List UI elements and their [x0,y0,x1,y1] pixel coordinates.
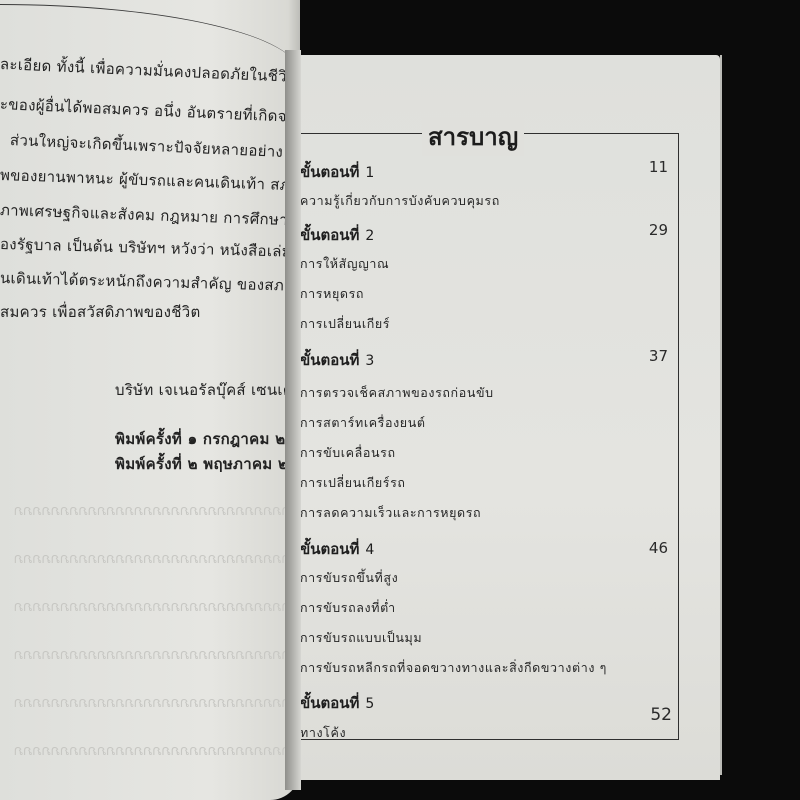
toc-title: สารบาญ [422,117,524,156]
step-number: 3 [365,353,374,369]
toc-page-number: 11 [649,158,668,176]
toc-item[interactable]: ความรู้เกี่ยวกับการบังคับควบคุมรถ [300,191,500,211]
step-number: 2 [365,228,374,244]
toc-item[interactable]: การขับรถลงที่ต่ำ [300,598,396,618]
toc-page-number: 52 [650,705,672,725]
toc-item[interactable]: การขับรถหลีกรถที่จอดขวางทางและสิ่งกีดขวา… [300,658,607,678]
step-label: ขั้นตอนที่ [300,226,359,244]
left-page: ละเอียด ทั้งนี้ เพื่อความมั่นคงปลอดภัยใน… [0,0,300,800]
paragraph-line: สมควร เพื่อสวัสดิภาพของชีวิต [0,300,201,324]
toc-item[interactable]: การลดความเร็วและการหยุดรถ [300,503,481,523]
toc-item[interactable]: การหยุดรถ [300,284,364,304]
publisher-name: บริษัท เจเนอรัลบุ๊คส์ เซนเตอร์ [115,378,311,402]
bleed-through-text: ภภภภภภภภภภภภภภภภภภภภภภภภภภภภภภภ [0,740,300,762]
toc-page-number: 37 [649,347,668,365]
toc-step-5[interactable]: ขั้นตอนที่5 [300,691,374,715]
bleed-through-text: ภภภภภภภภภภภภภภภภภภภภภภภภภภภภภภภ [0,692,300,714]
book-gutter [285,50,301,790]
paragraph-line: ภาพเศรษฐกิจและสังคม กฎหมาย การศึกษา การ [0,198,320,233]
step-number: 1 [365,165,374,181]
toc-step-2[interactable]: ขั้นตอนที่2 [300,223,374,247]
toc-item[interactable]: การขับเคลื่อนรถ [300,443,396,463]
bleed-through-text: ภภภภภภภภภภภภภภภภภภภภภภภภภภภภภภภ [0,596,300,618]
toc-item[interactable]: ทางโค้ง [300,723,346,743]
step-number: 5 [365,696,374,712]
toc-step-1[interactable]: ขั้นตอนที่1 [300,160,374,184]
toc-item[interactable]: การตรวจเช็คสภาพของรถก่อนขับ [300,383,494,403]
step-label: ขั้นตอนที่ [300,540,359,558]
toc-item[interactable]: การขับรถแบบเป็นมุม [300,628,422,648]
paragraph-line: ส่วนใหญ่จะเกิดขึ้นเพราะปัจจัยหลายอย่าง เ… [9,128,315,165]
toc-step-4[interactable]: ขั้นตอนที่4 [300,537,374,561]
step-label: ขั้นตอนที่ [300,694,359,712]
bleed-through-text: ภภภภภภภภภภภภภภภภภภภภภภภภภภภภภภภ [0,548,300,570]
right-page-toc: สารบาญ ขั้นตอนที่1 11 ความรู้เกี่ยวกับกา… [290,55,720,780]
step-number: 4 [365,542,374,558]
toc-step-3[interactable]: ขั้นตอนที่3 [300,348,374,372]
toc-item[interactable]: การสตาร์ทเครื่องยนต์ [300,413,426,433]
bleed-through-text: ภภภภภภภภภภภภภภภภภภภภภภภภภภภภภภภ [0,644,300,666]
toc-item[interactable]: การเปลี่ยนเกียร์ [300,314,390,334]
toc-item[interactable]: การขับรถขึ้นที่สูง [300,568,398,588]
paragraph-line: องรัฐบาล เป็นต้น บริษัทฯ หวังว่า หนังสือ… [0,232,320,264]
underlying-page-edge [720,55,722,775]
step-label: ขั้นตอนที่ [300,351,359,369]
toc-item[interactable]: การเปลี่ยนเกียร์รถ [300,473,406,493]
toc-page-number: 46 [649,539,668,557]
toc-item[interactable]: การให้สัญญาณ [300,254,389,274]
bleed-through-text: ภภภภภภภภภภภภภภภภภภภภภภภภภภภภภภภ [0,500,300,522]
step-label: ขั้นตอนที่ [300,163,359,181]
toc-page-number: 29 [649,221,668,239]
